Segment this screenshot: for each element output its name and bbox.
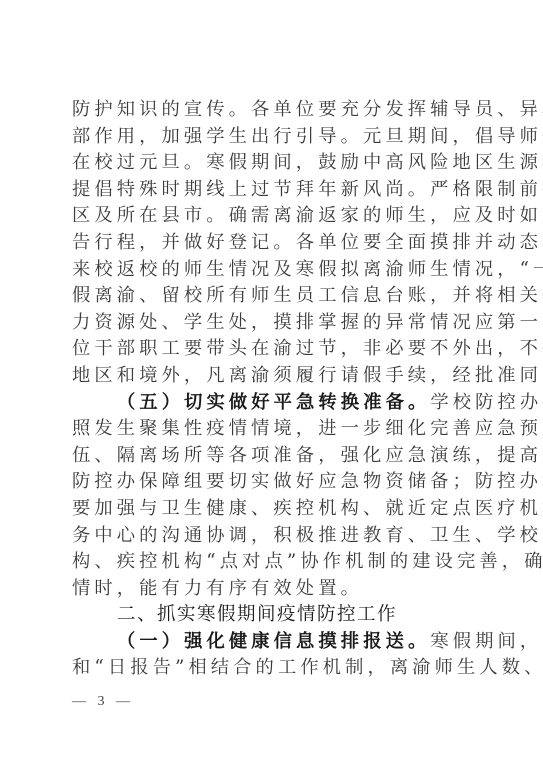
text-span: 学校防控办指导组要牵头按 [430,392,543,413]
text-line: 位干部职工要带头在渝过节，非必要不外出，不得前往中高风险 [72,336,478,363]
text-line: 要加强与卫生健康、疾控机构、就近定点医疗机构、社区卫生服 [72,496,478,523]
text-line: 照发生聚集性疫情情境，进一步细化完善应急预案，做好人员队 [72,416,478,443]
text-line: 区及所在县市。确需离渝返家的师生，应及时如实向所在单位报 [72,203,478,230]
text-line: 力资源处、学生处，摸排掌握的异常情况应第一时间报送。各单 [72,310,478,337]
subsection-line: （一）强化健康信息摸排报送。寒假期间，实行“周报告” [72,629,478,656]
text-line: 提倡特殊时期线上过节拜年新风尚。严格限制前往中、高风险地 [72,177,478,204]
section-heading: 二、抓实寒假期间疫情防控工作 [72,602,478,629]
text-line: 告行程，并做好登记。各单位要全面摸排并动态掌握现阶段市外 [72,230,478,257]
text-span: 寒假期间，实行“周报告” [430,631,543,652]
body-text: 防护知识的宣传。各单位要充分发挥辅导员、异科导师和学生干 部作用，加强学生出行引… [72,97,478,682]
subsection-heading: （一）强化健康信息摸排报送。 [117,631,430,652]
text-line: 务中心的沟通协调，积极推进教育、卫生、学校、家庭与医疗机 [72,523,478,550]
text-line: 防控办保障组要切实做好应急物资储备；防控办综合组、指导组 [72,469,478,496]
text-line: 伍、隔离场所等各项准备，强化应急演练，提高应急处突能力； [72,443,478,470]
text-line: 地区和境外，凡离渝须履行请假手续，经批准同意后方可离渝。 [72,363,478,390]
text-line: 防护知识的宣传。各单位要充分发挥辅导员、异科导师和学生干 [72,97,478,124]
text-line: 在校过元旦。寒假期间，鼓励中高风险地区生源学生不返乡返家， [72,150,478,177]
page-number: — 3 — [72,694,134,710]
document-page: 防护知识的宣传。各单位要充分发挥辅导员、异科导师和学生干 部作用，加强学生出行引… [0,0,543,768]
subsection-heading: （五）切实做好平急转换准备。 [117,392,430,413]
text-line: 部作用，加强学生出行引导。元旦期间，倡导师生不离渝，在渝、 [72,124,478,151]
text-line: 情时，能有力有序有效处置。 [72,576,478,603]
text-line: 来校返校的师生情况及寒假拟离渝师生情况，“一人一档”建立寒 [72,257,478,284]
text-line: 和“日报告”相结合的工作机制，离渝师生人数、到高中风险地区 [72,655,478,682]
subsection-line: （五）切实做好平急转换准备。学校防控办指导组要牵头按 [72,390,478,417]
text-line: 假离渝、留校所有师生员工信息台账，并将相关信息分类报送人 [72,283,478,310]
text-line: 构、疾控机构“点对点”协作机制的建设完善，确保出现聚集性疫 [72,549,478,576]
